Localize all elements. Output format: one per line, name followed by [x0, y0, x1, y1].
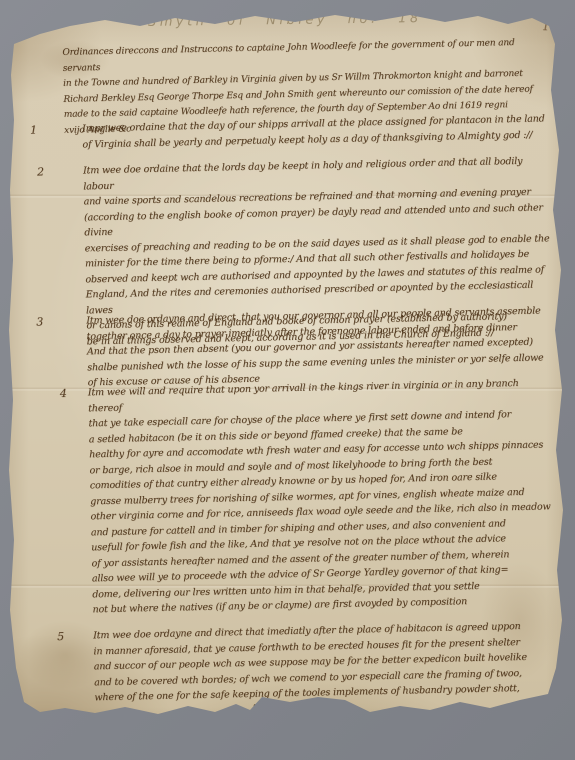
item-number: 5	[57, 630, 64, 643]
manuscript-paper: Smyth of Nibley no. 18 1 Ordinances dire…	[0, 0, 575, 760]
handwritten-text-layer: Ordinances direccons and Instruccons to …	[0, 0, 575, 760]
item-number: 2	[37, 165, 44, 178]
item-number: 1	[30, 123, 37, 136]
ordinance-item-2: 2 Itm wee doe ordaine that the lords day…	[0, 153, 570, 166]
item-text: Itm wee doe ordayne and direct that imed…	[93, 618, 561, 706]
item-text: Itm wee will and require that upon yor a…	[88, 375, 559, 618]
item-number: 3	[36, 315, 43, 328]
item-number: 4	[60, 387, 67, 400]
ordinance-item-5: 5 Itm wee doe ordayne and direct that im…	[5, 618, 575, 631]
manuscript-photo: { "colors": { "paper": "#d8ccb2", "backg…	[0, 0, 575, 760]
